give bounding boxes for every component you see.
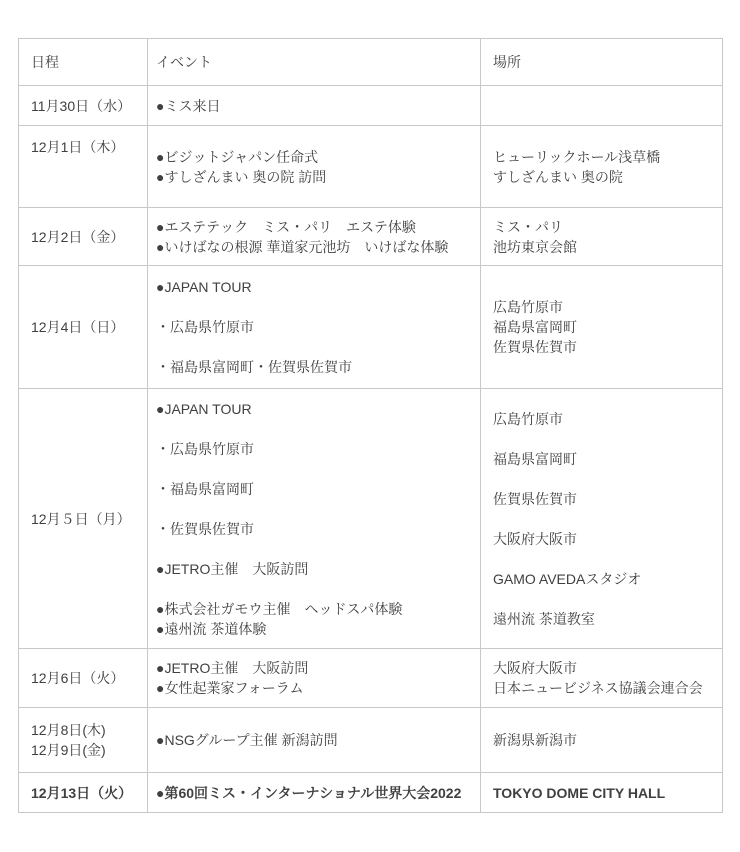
text-line: 11月30日（水） <box>31 96 139 116</box>
text-line <box>156 459 472 479</box>
text-line: ●NSGグループ主催 新潟訪問 <box>156 730 472 750</box>
text-line <box>156 297 472 317</box>
schedule-table-body: 11月30日（水）●ミス来日12月1日（木）●ビジットジャパン任命式●すしざんま… <box>19 86 723 813</box>
text-line: ●遠州流 茶道体験 <box>156 619 472 639</box>
text-line <box>156 579 472 599</box>
text-line: ●JAPAN TOUR <box>156 277 472 297</box>
date-cell: 12月6日（火） <box>19 649 148 708</box>
place-cell: TOKYO DOME CITY HALL <box>481 773 723 813</box>
text-line: 日本ニュービジネス協議会連合会 <box>493 678 714 698</box>
place-cell: 広島竹原市福島県富岡町佐賀県佐賀市大阪府大阪市GAMO AVEDAスタジオ遠州流… <box>481 389 723 649</box>
text-line <box>493 469 714 489</box>
text-line: 12月8日(木) <box>31 720 139 740</box>
text-line: 12月2日（金） <box>31 227 139 247</box>
text-line: 広島竹原市 <box>493 409 714 429</box>
table-row: 12月５日（月）●JAPAN TOUR・広島県竹原市・福島県富岡町・佐賀県佐賀市… <box>19 389 723 649</box>
text-line: 佐賀県佐賀市 <box>493 489 714 509</box>
date-cell: 12月13日（火） <box>19 773 148 813</box>
event-cell: ●JETRO主催 大阪訪問●女性起業家フォーラム <box>148 649 481 708</box>
text-line: ●株式会社ガモウ主催 ヘッドスパ体験 <box>156 599 472 619</box>
date-cell: 12月1日（木） <box>19 126 148 208</box>
text-line: 池坊東京会館 <box>493 237 714 257</box>
event-cell: ●ミス来日 <box>148 86 481 126</box>
text-line: ●女性起業家フォーラム <box>156 678 472 698</box>
table-row: 11月30日（水）●ミス来日 <box>19 86 723 126</box>
place-cell <box>481 86 723 126</box>
schedule-table: 日程 イベント 場所 11月30日（水）●ミス来日12月1日（木）●ビジットジャ… <box>18 38 723 813</box>
text-line <box>156 419 472 439</box>
place-cell: 大阪府大阪市日本ニュービジネス協議会連合会 <box>481 649 723 708</box>
date-cell: 12月4日（日） <box>19 266 148 389</box>
header-row: 日程 イベント 場所 <box>19 39 723 86</box>
text-line: ・広島県竹原市 <box>156 317 472 337</box>
date-cell: 12月8日(木)12月9日(金) <box>19 708 148 773</box>
header-cell-event: イベント <box>148 39 481 86</box>
text-line: TOKYO DOME CITY HALL <box>493 783 714 803</box>
text-line: 12月4日（日） <box>31 317 139 337</box>
text-line: 新潟県新潟市 <box>493 730 714 750</box>
table-row: 12月4日（日）●JAPAN TOUR・広島県竹原市・福島県富岡町・佐賀県佐賀市… <box>19 266 723 389</box>
place-cell: 新潟県新潟市 <box>481 708 723 773</box>
text-line: 遠州流 茶道教室 <box>493 609 714 629</box>
text-line <box>156 499 472 519</box>
text-line: 佐賀県佐賀市 <box>493 337 714 357</box>
table-row: 12月13日（火）●第60回ミス・インターナショナル世界大会2022TOKYO … <box>19 773 723 813</box>
text-line: ・佐賀県佐賀市 <box>156 519 472 539</box>
text-line: GAMO AVEDAスタジオ <box>493 569 714 589</box>
text-line: 大阪府大阪市 <box>493 658 714 678</box>
event-cell: ●ビジットジャパン任命式●すしざんまい 奥の院 訪問 <box>148 126 481 208</box>
date-cell: 12月2日（金） <box>19 208 148 266</box>
event-cell: ●JAPAN TOUR・広島県竹原市・福島県富岡町・佐賀県佐賀市●JETRO主催… <box>148 389 481 649</box>
place-cell: ミス・パリ池坊東京会館 <box>481 208 723 266</box>
table-row: 12月6日（火）●JETRO主催 大阪訪問●女性起業家フォーラム大阪府大阪市日本… <box>19 649 723 708</box>
date-cell: 11月30日（水） <box>19 86 148 126</box>
text-line: ●いけばなの根源 華道家元池坊 いけばな体験 <box>156 237 472 257</box>
text-line: 大阪府大阪市 <box>493 529 714 549</box>
date-cell: 12月５日（月） <box>19 389 148 649</box>
header-cell-date: 日程 <box>19 39 148 86</box>
text-line: ●エステテック ミス・パリ エステ体験 <box>156 217 472 237</box>
text-line: 12月５日（月） <box>31 509 139 529</box>
text-line: ●ビジットジャパン任命式 <box>156 147 472 167</box>
text-line: ●JETRO主催 大阪訪問 <box>156 559 472 579</box>
text-line: ・福島県富岡町・佐賀県佐賀市 <box>156 357 472 377</box>
header-cell-place: 場所 <box>481 39 723 86</box>
text-line: 12月1日（木） <box>31 137 139 157</box>
text-line: ミス・パリ <box>493 217 714 237</box>
table-row: 12月2日（金）●エステテック ミス・パリ エステ体験●いけばなの根源 華道家元… <box>19 208 723 266</box>
text-line <box>493 589 714 609</box>
text-line: 広島竹原市 <box>493 297 714 317</box>
text-line: すしざんまい 奥の院 <box>493 167 714 187</box>
text-line: ●JAPAN TOUR <box>156 399 472 419</box>
text-line: ●JETRO主催 大阪訪問 <box>156 658 472 678</box>
table-row: 12月8日(木)12月9日(金)●NSGグループ主催 新潟訪問新潟県新潟市 <box>19 708 723 773</box>
text-line <box>493 429 714 449</box>
text-line: ●ミス来日 <box>156 96 472 116</box>
text-line: ・福島県富岡町 <box>156 479 472 499</box>
text-line: ヒューリックホール浅草橋 <box>493 147 714 167</box>
text-line: ●すしざんまい 奥の院 訪問 <box>156 167 472 187</box>
text-line <box>156 539 472 559</box>
text-line <box>31 177 139 197</box>
text-line: 12月9日(金) <box>31 740 139 760</box>
text-line: ・広島県竹原市 <box>156 439 472 459</box>
table-row: 12月1日（木）●ビジットジャパン任命式●すしざんまい 奥の院 訪問ヒューリック… <box>19 126 723 208</box>
event-cell: ●NSGグループ主催 新潟訪問 <box>148 708 481 773</box>
text-line <box>493 549 714 569</box>
event-cell: ●第60回ミス・インターナショナル世界大会2022 <box>148 773 481 813</box>
text-line: ●第60回ミス・インターナショナル世界大会2022 <box>156 783 472 803</box>
page: 日程 イベント 場所 11月30日（水）●ミス来日12月1日（木）●ビジットジャ… <box>0 0 740 852</box>
text-line <box>493 509 714 529</box>
text-line <box>156 337 472 357</box>
place-cell: 広島竹原市福島県富岡町佐賀県佐賀市 <box>481 266 723 389</box>
text-line: 12月13日（火） <box>31 783 139 803</box>
text-line: 12月6日（火） <box>31 668 139 688</box>
text-line: 福島県富岡町 <box>493 317 714 337</box>
text-line <box>31 157 139 177</box>
event-cell: ●JAPAN TOUR・広島県竹原市・福島県富岡町・佐賀県佐賀市 <box>148 266 481 389</box>
event-cell: ●エステテック ミス・パリ エステ体験●いけばなの根源 華道家元池坊 いけばな体… <box>148 208 481 266</box>
text-line: 福島県富岡町 <box>493 449 714 469</box>
place-cell: ヒューリックホール浅草橋すしざんまい 奥の院 <box>481 126 723 208</box>
